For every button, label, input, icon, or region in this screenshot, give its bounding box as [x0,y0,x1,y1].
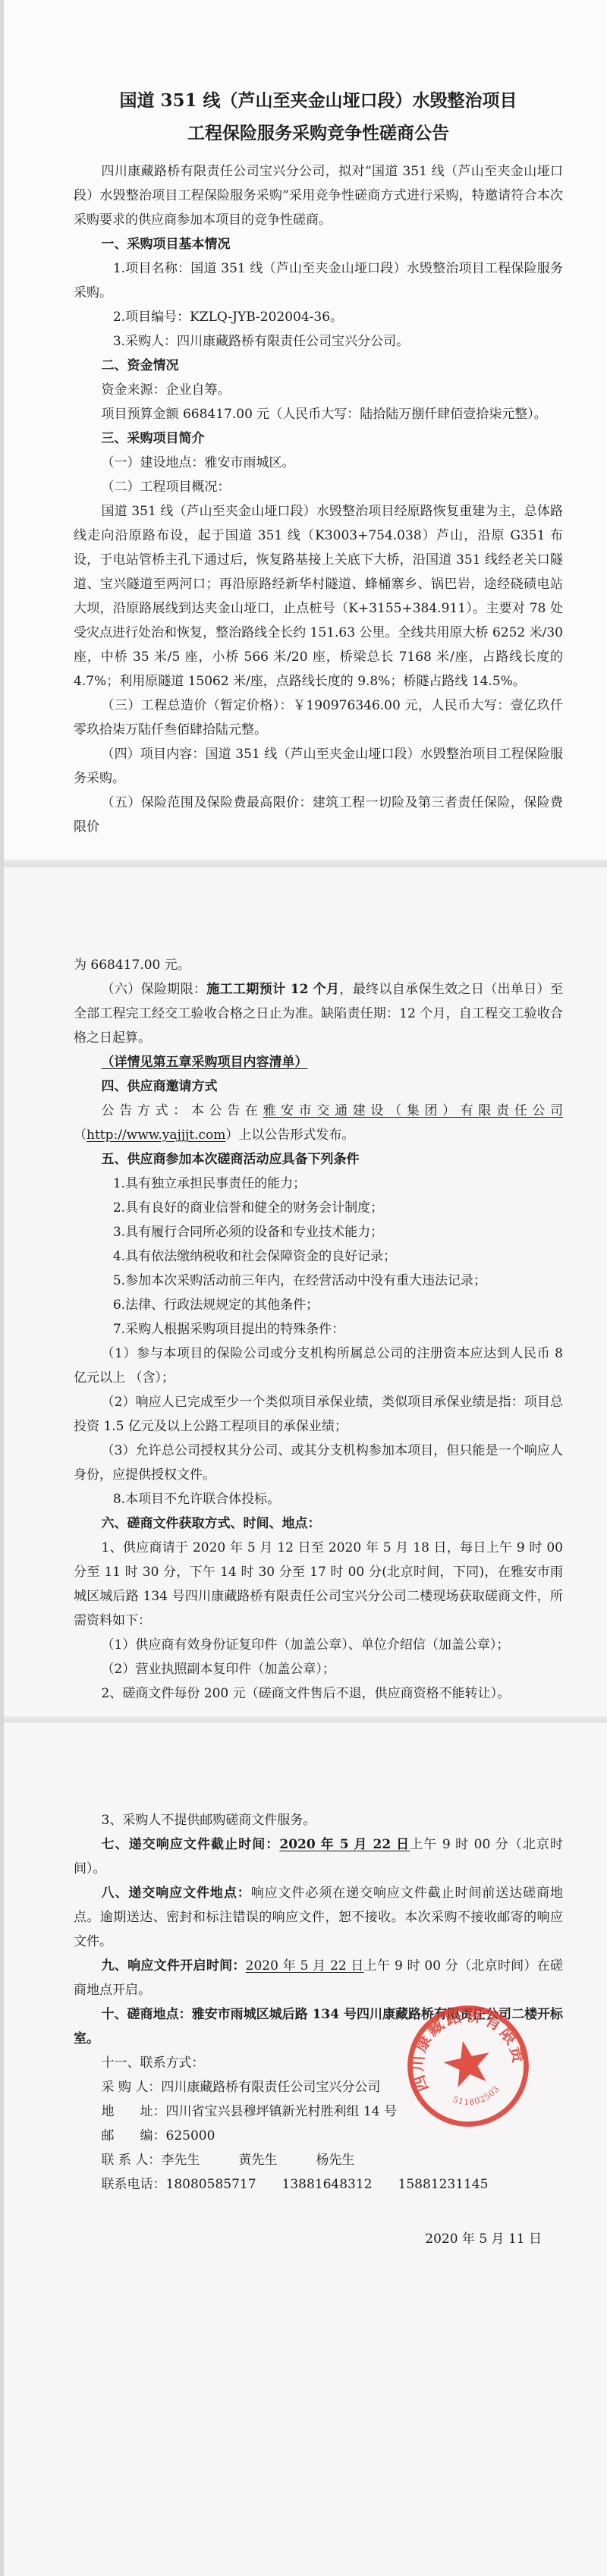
text-segment: 3.具有履行合同所必须的设备和专业技术能力； [113,1225,383,1240]
condition-7-2: （2）响应人已完成至少一个类似项目承保业绩，类似项目承保业绩是指：项目总投资 1… [74,1390,563,1439]
star-icon [440,2036,495,2089]
text-segment: 工程保险服务采购竞争性磋商公告 [187,123,449,143]
text-segment: 八、递交响应文件地点： [102,1886,251,1901]
text-segment: （2）响应人已完成至少一个类似项目承保业绩，类似项目承保业绩是指：项目总投资 1… [74,1395,563,1434]
text-segment: 五、供应商参加本次磋商活动应具备下列条件 [102,1152,360,1167]
text-segment: 项目预算金额 668417.00 元（人民币大写：陆拾陆万捌仟肆佰壹拾柒元整）。 [102,407,547,422]
scan-edge [0,0,4,2576]
text-segment: 四、供应商邀请方式 [102,1079,218,1094]
section-1-heading: 一、采购项目基本情况 [74,232,563,256]
section-5-heading: 五、供应商参加本次磋商活动应具备下列条件 [74,1147,563,1172]
text-segment: （四）项目内容：国道 351 线（芦山至夹金山垭口段）水毁整治项目工程保险服务采… [74,747,563,786]
text-segment: （一）建设地点：雅安市雨城区。 [102,455,295,470]
condition-6: 6.法律、行政法规规定的其他条件； [74,1293,563,1317]
text-segment: 8.本项目不允许联合体投标。 [113,1492,280,1507]
text-segment: 1.项目名称：国道 351 线（芦山至夹金山垭口段）水毁整治项目工程保险服务采购… [74,261,563,300]
text-segment: 4.具有依法缴纳税收和社会保障资金的良好记录； [113,1249,396,1264]
condition-4: 4.具有依法缴纳税收和社会保障资金的良好记录； [74,1244,563,1269]
text-segment: 2020 年 5 月 22 日 [279,1837,410,1852]
text-segment: 6.法律、行政法规规定的其他条件； [113,1297,319,1313]
text-segment: 资金来源：企业自筹。 [102,382,231,398]
text-segment: 十一、联系方式： [102,2055,205,2071]
text-segment: （1）供应商有效身份证复印件（加盖公章）、单位介绍信（加盖公章）； [102,1637,510,1653]
text-segment: 采 购 人：四川康藏路桥有限责任公司宝兴分公司 [102,2080,381,2095]
document-obtain-1: 1、供应商请于 2020 年 5 月 12 日至 2020 年 5 月 18 日… [74,1536,563,1633]
condition-2: 2.具有良好的商业信誉和健全的财务会计制度； [74,1196,563,1220]
document-obtain-3: 3、采购人不提供邮购磋商文件服务。 [74,1808,563,1832]
text-segment: （五）保险范围及保险费最高限价：建筑工程一切险及第三者责任保险，保险费限价 [74,795,563,835]
condition-7-1: （1）参与本项目的保险公司或分支机构所属总公司的注册资本应达到人民币 8 亿元以… [74,1341,563,1390]
page-1-content: 国道 351 线（芦山至夹金山垭口段）水毁整治项目工程保险服务采购竞争性磋商公告… [74,88,563,839]
section-3-heading: 三、采购项目简介 [74,426,563,451]
text-segment: 六、磋商文件获取方式、时间、地点： [102,1516,321,1531]
text-segment: （1）参与本项目的保险公司或分支机构所属总公司的注册资本应达到人民币 8 亿元以… [74,1346,563,1386]
section-8-submit-place: 八、递交响应文件地点：响应文件必须在递交响应文件截止时间前送达磋商地点。逾期送达… [74,1881,563,1954]
text-segment: 联系电话：18080585717 13881648312 15881231145 [102,2177,489,2192]
text-segment: 十、磋商地点： [102,2007,192,2022]
text-segment: 2、磋商文件每份 200 元（磋商文件售后不退，供应商资格不能转让）。 [102,1686,511,1701]
document-obtain-2: 2、磋商文件每份 200 元（磋商文件售后不退，供应商资格不能转让）。 [74,1681,563,1706]
item-purchaser: 3.采购人：四川康藏路桥有限责任公司宝兴分公司。 [74,329,563,354]
intro-paragraph: 四川康藏路桥有限责任公司宝兴分公司，拟对“国道 351 线（芦山至夹金山垭口段）… [74,159,563,232]
text-segment: 3.采购人：四川康藏路桥有限责任公司宝兴分公司。 [113,334,409,349]
text-segment: 2.项目编号：KZLQ-JYB-202004-36。 [113,310,343,325]
item-fund-source: 资金来源：企业自筹。 [74,378,563,402]
text-segment: 1、供应商请于 2020 年 5 月 12 日至 2020 年 5 月 18 日… [74,1540,563,1628]
item-insurance-period: （六）保险期限：施工工期预计 12 个月，最终以自承保生效之日（出单日）至全部工… [74,977,563,1050]
page-break-1 [0,860,607,867]
text-segment: 2.具有良好的商业信誉和健全的财务会计制度； [113,1200,383,1216]
document-obtain-1-1: （1）供应商有效身份证复印件（加盖公章）、单位介绍信（加盖公章）； [74,1633,563,1657]
section-6-heading: 六、磋商文件获取方式、时间、地点： [74,1511,563,1536]
company-seal-stamp: 四川康藏路桥有限责任公司 5118025034105 [392,1989,545,2143]
item-project-name: 1.项目名称：国道 351 线（芦山至夹金山垭口段）水毁整治项目工程保险服务采购… [74,256,563,305]
document-page-3: 3、采购人不提供邮购磋商文件服务。七、递交响应文件截止时间：2020 年 5 月… [0,1722,607,2576]
section-4-heading: 四、供应商邀请方式 [74,1074,563,1099]
document-page-2: 为 668417.00 元。（六）保险期限：施工工期预计 12 个月，最终以自承… [0,867,607,1716]
section-7-deadline: 七、递交响应文件截止时间：2020 年 5 月 22 日上午 9 时 00 分（… [74,1832,563,1881]
page-break-2 [0,1716,607,1722]
text-segment: 联 系 人：李先生 黄先生 杨先生 [102,2153,355,2168]
item-overview-paragraph: 国道 351 线（芦山至夹金山垭口段）水毁整治项目经原路恢复重建为主，总体路线走… [74,499,563,694]
condition-8: 8.本项目不允许联合体投标。 [74,1487,563,1511]
text-segment: 雅安市交通建设（集团）有限责任公司 [263,1103,563,1118]
contact-persons: 联 系 人：李先生 黄先生 杨先生 [74,2148,563,2172]
text-segment: ）上以公告形式发布。 [225,1128,354,1143]
text-segment: （六）保险期限： [102,982,207,997]
text-segment: 九、响应文件开启时间： [102,1958,246,1974]
text-segment: 二、资金情况 [102,358,179,373]
text-segment: 2020 年 5 月 22 日 [246,1958,364,1974]
text-segment: 国道 351 线（芦山至夹金山垭口段）水毁整治项目经原路恢复重建为主，总体路线走… [74,504,563,689]
text-segment: 国道 351 线（芦山至夹金山垭口段）水毁整治项目 [119,90,517,111]
item-overview-label: （二）工程项目概况： [74,475,563,499]
document-obtain-1-2: （2）营业执照副本复印件（加盖公章）； [74,1657,563,1681]
section-2-heading: 二、资金情况 [74,354,563,378]
item-budget: 项目预算金额 668417.00 元（人民币大写：陆拾陆万捌仟肆佰壹拾柒元整）。 [74,402,563,426]
item-project-number: 2.项目编号：KZLQ-JYB-202004-36。 [74,305,563,329]
text-segment: 三、采购项目简介 [102,431,205,446]
text-segment: （二）工程项目概况： [102,480,231,495]
text-segment: 公告方式：本公告在 [102,1103,263,1118]
text-segment: 5.参加本次采购活动前三年内，在经营活动中没有重大违法记录； [113,1273,486,1288]
text-segment: 2020 年 5 月 11 日 [425,2232,542,2247]
contact-phones: 联系电话：18080585717 13881648312 15881231145 [74,2172,563,2197]
condition-5: 5.参加本次采购活动前三年内，在经营活动中没有重大违法记录； [74,1269,563,1293]
text-segment: （ [74,1128,86,1143]
item-insurance-scope: （五）保险范围及保险费最高限价：建筑工程一切险及第三者责任保险，保险费限价 [74,791,563,839]
item-project-content: （四）项目内容：国道 351 线（芦山至夹金山垭口段）水毁整治项目工程保险服务采… [74,742,563,791]
condition-7: 7.采购人根据采购项目提出的特殊条件： [74,1317,563,1341]
item-total-cost: （三）工程总造价（暂定价格）：￥190976346.00 元，人民币大写：壹亿玖… [74,694,563,742]
text-segment: 七、递交响应文件截止时间： [102,1837,280,1852]
text-segment: 1.具有独立承担民事责任的能力； [113,1176,306,1191]
text-segment: 地 址：四川省宝兴县穆坪镇新光村胜利组 14 号 [102,2104,397,2119]
text-segment: 3、采购人不提供邮购磋商文件服务。 [102,1813,316,1828]
text-segment: （3）允许总公司授权其分公司、或其分支机构参加本项目，但只能是一个响应人身份，应… [74,1443,563,1483]
text-segment: 四川康藏路桥有限责任公司宝兴分公司，拟对“国道 351 线（芦山至夹金山垭口段）… [74,164,563,228]
text-segment: 为 668417.00 元。 [74,958,190,973]
detail-note: （详情见第五章采购项目内容清单） [74,1050,563,1074]
item-insurance-scope-continued: 为 668417.00 元。 [74,953,563,977]
text-segment: 邮 编：625000 [102,2128,215,2144]
text-segment: 7.采购人根据采购项目提出的特殊条件： [113,1322,344,1337]
condition-3: 3.具有履行合同所必须的设备和专业技术能力； [74,1220,563,1244]
text-segment: （详情见第五章采购项目内容清单） [102,1055,308,1070]
condition-7-3: （3）允许总公司授权其分公司、或其分支机构参加本项目，但只能是一个响应人身份，应… [74,1439,563,1487]
document-page-1: 国道 351 线（芦山至夹金山垭口段）水毁整治项目工程保险服务采购竞争性磋商公告… [0,0,607,860]
text-segment: 一、采购项目基本情况 [102,237,231,252]
condition-1: 1.具有独立承担民事责任的能力； [74,1172,563,1196]
announcement-site-link[interactable]: http://www.yajjjt.com [86,1128,225,1143]
text-segment: 施工工期预计 12 个月 [206,982,339,997]
issue-date: 2020 年 5 月 11 日 [74,2227,563,2251]
text-segment: （三）工程总造价（暂定价格）：￥190976346.00 元，人民币大写：壹亿玖… [74,698,563,738]
doc-title-line-1: 国道 351 线（芦山至夹金山垭口段）水毁整治项目 [74,88,563,114]
doc-title-line-2: 工程保险服务采购竞争性磋商公告 [74,121,563,146]
item-announcement-method: 公告方式：本公告在雅安市交通建设（集团）有限责任公司（http://www.ya… [74,1099,563,1147]
item-location: （一）建设地点：雅安市雨城区。 [74,451,563,475]
page-2-content: 为 668417.00 元。（六）保险期限：施工工期预计 12 个月，最终以自承… [74,953,563,1706]
text-segment: （2）营业执照副本复印件（加盖公章）； [102,1662,335,1677]
